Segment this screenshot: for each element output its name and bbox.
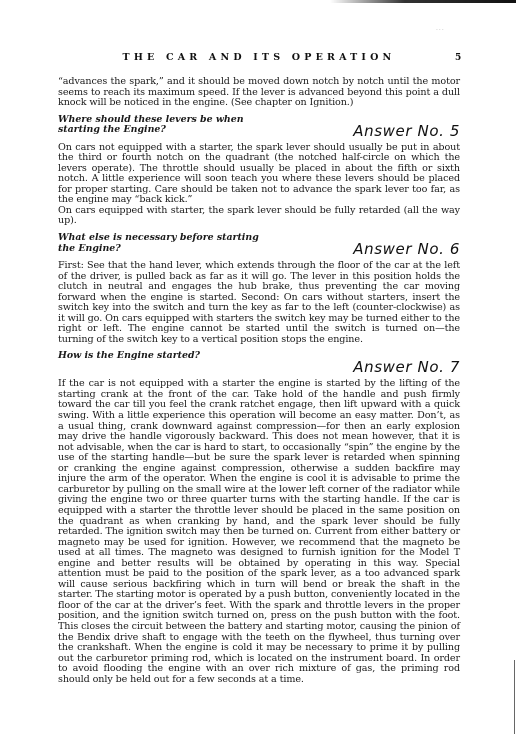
answer-paragraph: On cars equipped with starter, the spark… xyxy=(58,206,460,227)
answer-paragraph: If the car is not equipped with a starte… xyxy=(58,379,460,685)
answer-label: Answer No. 5 xyxy=(353,124,460,139)
answer-label: Answer No. 7 xyxy=(353,360,460,375)
section-answer-6: What else is necessary before starting t… xyxy=(58,233,460,345)
scan-right-edge xyxy=(514,660,515,734)
question-heading: Where should these levers be when starti… xyxy=(58,115,460,139)
scan-edge-shadow xyxy=(330,0,516,3)
question-text: Where should these levers be when starti… xyxy=(58,115,278,136)
question-text: How is the Engine started? xyxy=(58,351,278,362)
section-answer-5: Where should these levers be when starti… xyxy=(58,115,460,227)
continued-paragraph: “advances the spark,” and it should be m… xyxy=(58,77,460,109)
page-number: 5 xyxy=(455,53,461,63)
answer-paragraph: First: See that the hand lever, which ex… xyxy=(58,261,460,345)
question-heading: What else is necessary before starting t… xyxy=(58,233,460,257)
answer-label: Answer No. 6 xyxy=(353,242,460,257)
running-header: THE CAR AND ITS OPERATION xyxy=(58,52,460,63)
answer-paragraph: On cars not equipped with a starter, the… xyxy=(58,143,460,206)
question-heading: How is the Engine started? Answer No. 7 xyxy=(58,351,460,375)
section-answer-7: How is the Engine started? Answer No. 7 … xyxy=(58,351,460,685)
question-text: What else is necessary before starting t… xyxy=(58,233,278,254)
page-body: “advances the spark,” and it should be m… xyxy=(58,77,460,685)
scan-smudge: ··· xyxy=(436,27,445,34)
